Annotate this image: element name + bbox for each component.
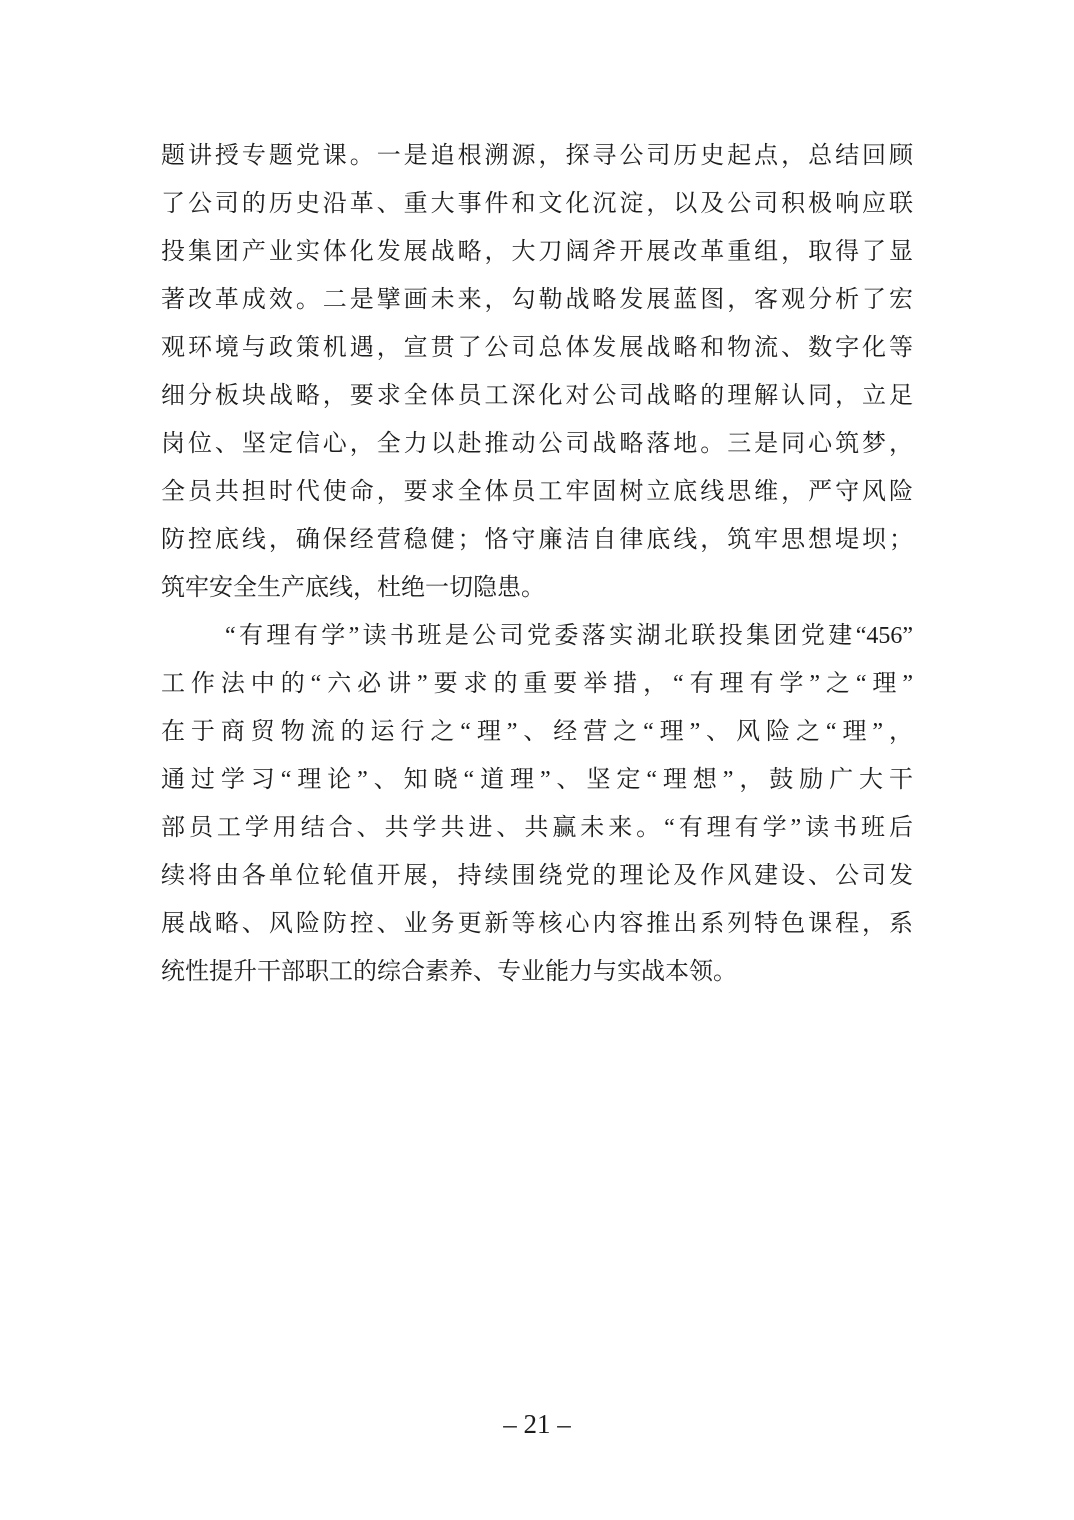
text-line: “有理有学”读书班是公司党委落实湖北联投集团党建“456”: [161, 612, 913, 660]
document-page: 题讲授专题党课。一是追根溯源，探寻公司历史起点，总结回顾 了公司的历史沿革、重大…: [0, 0, 1074, 1520]
text-line: 展战略、风险防控、业务更新等核心内容推出系列特色课程，系: [161, 900, 913, 948]
text-line: 投集团产业实体化发展战略，大刀阔斧开展改革重组，取得了显: [161, 228, 913, 276]
text-line: 通过学习“理论”、知晓“道理”、坚定“理想”，鼓励广大干: [161, 756, 913, 804]
text-line: 全员共担时代使命，要求全体员工牢固树立底线思维，严守风险: [161, 468, 913, 516]
text-line: 防控底线，确保经营稳健；恪守廉洁自律底线，筑牢思想堤坝；: [161, 516, 913, 564]
text-line: 题讲授专题党课。一是追根溯源，探寻公司历史起点，总结回顾: [161, 132, 913, 180]
text-line: 著改革成效。二是擘画未来，勾勒战略发展蓝图，客观分析了宏: [161, 276, 913, 324]
text-line: 工作法中的“六必讲”要求的重要举措，“有理有学”之“理”: [161, 660, 913, 708]
page-number: – 21 –: [0, 1404, 1074, 1444]
text-line: 细分板块战略，要求全体员工深化对公司战略的理解认同，立足: [161, 372, 913, 420]
text-line: 观环境与政策机遇，宣贯了公司总体发展战略和物流、数字化等: [161, 324, 913, 372]
document-body: 题讲授专题党课。一是追根溯源，探寻公司历史起点，总结回顾 了公司的历史沿革、重大…: [161, 132, 913, 996]
text-line: 在于商贸物流的运行之“理”、经营之“理”、风险之“理”，: [161, 708, 913, 756]
text-line: 筑牢安全生产底线，杜绝一切隐患。: [161, 564, 913, 612]
text-line: 统性提升干部职工的综合素养、专业能力与实战本领。: [161, 948, 913, 996]
text-line: 岗位、坚定信心，全力以赴推动公司战略落地。三是同心筑梦，: [161, 420, 913, 468]
text-line: 续将由各单位轮值开展，持续围绕党的理论及作风建设、公司发: [161, 852, 913, 900]
text-line: 部员工学用结合、共学共进、共赢未来。“有理有学”读书班后: [161, 804, 913, 852]
text-line: 了公司的历史沿革、重大事件和文化沉淀，以及公司积极响应联: [161, 180, 913, 228]
